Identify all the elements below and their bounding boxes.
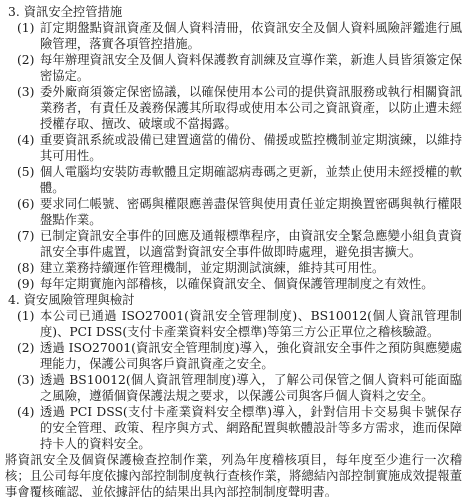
section-title: 資訊安全控管措施: [24, 5, 122, 19]
list-item: (4) 重要資訊系統或設備已建置適當的備份、備援或監控機制並定期演練，以維持其可…: [5, 132, 462, 164]
item-text: 每年定期實施內部稽核，以確保資訊安全、個資保護管理制度之有效性。: [40, 276, 462, 292]
section-heading: 3.資訊安全控管措施: [5, 4, 462, 20]
item-number: (9): [17, 276, 40, 292]
item-number: (4): [17, 404, 40, 452]
list-item: (1) 訂定期盤點資訊資產及個人資料清冊，依資訊安全及個人資料風險評鑑進行風險管…: [5, 20, 462, 52]
list-item: (7) 已制定資訊安全事件的回應及通報標準程序，由資訊安全緊急應變小組負責資訊安…: [5, 228, 462, 260]
closing-paragraph: 將資訊安全及個資保護檢查控制作業，列為年度稽核項目，每年度至少進行一次稽核；且公…: [5, 452, 462, 497]
item-text: 透過 BS10012(個人資訊管理制度)導入，了解公司保管之個人資料可能面臨之風…: [40, 372, 462, 404]
item-number: (8): [17, 260, 40, 276]
list-item: (4) 透過 PCI DSS(支付卡產業資料安全標準)導入，針對信用卡交易與卡號…: [5, 404, 462, 452]
item-number: (3): [17, 84, 40, 132]
item-number: (1): [17, 20, 40, 52]
section-title: 資安風險管理與檢討: [24, 293, 135, 307]
list-item: (8) 建立業務持續運作管理機制，並定期測試演練，維持其可用性。: [5, 260, 462, 276]
item-text: 個人電腦均安裝防毒軟體且定期確認病毒碼之更新，並禁止使用未經授權的軟體。: [40, 164, 462, 196]
list-item: (3) 透過 BS10012(個人資訊管理制度)導入，了解公司保管之個人資料可能…: [5, 372, 462, 404]
list-item: (3) 委外廠商須簽定保密協議，以確保使用本公司的提供資訊服務或執行相關資訊業務…: [5, 84, 462, 132]
item-text: 透過 ISO27001(資訊安全管理制度)導入，強化資訊安全事件之預防與應變處理…: [40, 340, 462, 372]
item-number: (6): [17, 196, 40, 228]
item-number: (1): [17, 308, 40, 340]
section-info-security-controls: 3.資訊安全控管措施 (1) 訂定期盤點資訊資產及個人資料清冊，依資訊安全及個人…: [5, 4, 462, 292]
item-text: 委外廠商須簽定保密協議，以確保使用本公司的提供資訊服務或執行相關資訊業務者，有責…: [40, 84, 462, 132]
item-number: (2): [17, 340, 40, 372]
section-risk-management-review: 4.資安風險管理與檢討 (1) 本公司已通過 ISO27001(資訊安全管理制度…: [5, 292, 462, 452]
item-text: 訂定期盤點資訊資產及個人資料清冊，依資訊安全及個人資料風險評鑑進行風險管理，落實…: [40, 20, 462, 52]
list-item: (2) 透過 ISO27001(資訊安全管理制度)導入，強化資訊安全事件之預防與…: [5, 340, 462, 372]
section-number: 3.: [8, 5, 20, 19]
list-item: (9) 每年定期實施內部稽核，以確保資訊安全、個資保護管理制度之有效性。: [5, 276, 462, 292]
document-page: 3.資訊安全控管措施 (1) 訂定期盤點資訊資產及個人資料清冊，依資訊安全及個人…: [0, 0, 467, 497]
item-number: (3): [17, 372, 40, 404]
item-number: (7): [17, 228, 40, 260]
list-item: (6) 要求同仁帳號、密碼與權限應善盡保管與使用責任並定期換置密碼與執行權限盤點…: [5, 196, 462, 228]
section-heading: 4.資安風險管理與檢討: [5, 292, 462, 308]
item-number: (4): [17, 132, 40, 164]
item-text: 已制定資訊安全事件的回應及通報標準程序，由資訊安全緊急應變小組負責資訊安全事件處…: [40, 228, 462, 260]
item-text: 透過 PCI DSS(支付卡產業資料安全標準)導入，針對信用卡交易與卡號保存的安…: [40, 404, 462, 452]
item-text: 本公司已通過 ISO27001(資訊安全管理制度)、BS10012(個人資訊管理…: [40, 308, 462, 340]
item-text: 每年辦理資訊安全及個人資料保護教育訓練及宣導作業，新進人員皆須簽定保密協定。: [40, 52, 462, 84]
section-number: 4.: [8, 293, 20, 307]
item-text: 要求同仁帳號、密碼與權限應善盡保管與使用責任並定期換置密碼與執行權限盤點作業。: [40, 196, 462, 228]
list-item: (1) 本公司已通過 ISO27001(資訊安全管理制度)、BS10012(個人…: [5, 308, 462, 340]
item-number: (2): [17, 52, 40, 84]
item-text: 建立業務持續運作管理機制，並定期測試演練，維持其可用性。: [40, 260, 462, 276]
list-item: (5) 個人電腦均安裝防毒軟體且定期確認病毒碼之更新，並禁止使用未經授權的軟體。: [5, 164, 462, 196]
list-item: (2) 每年辦理資訊安全及個人資料保護教育訓練及宣導作業，新進人員皆須簽定保密協…: [5, 52, 462, 84]
item-number: (5): [17, 164, 40, 196]
item-text: 重要資訊系統或設備已建置適當的備份、備援或監控機制並定期演練，以維持其可用性。: [40, 132, 462, 164]
